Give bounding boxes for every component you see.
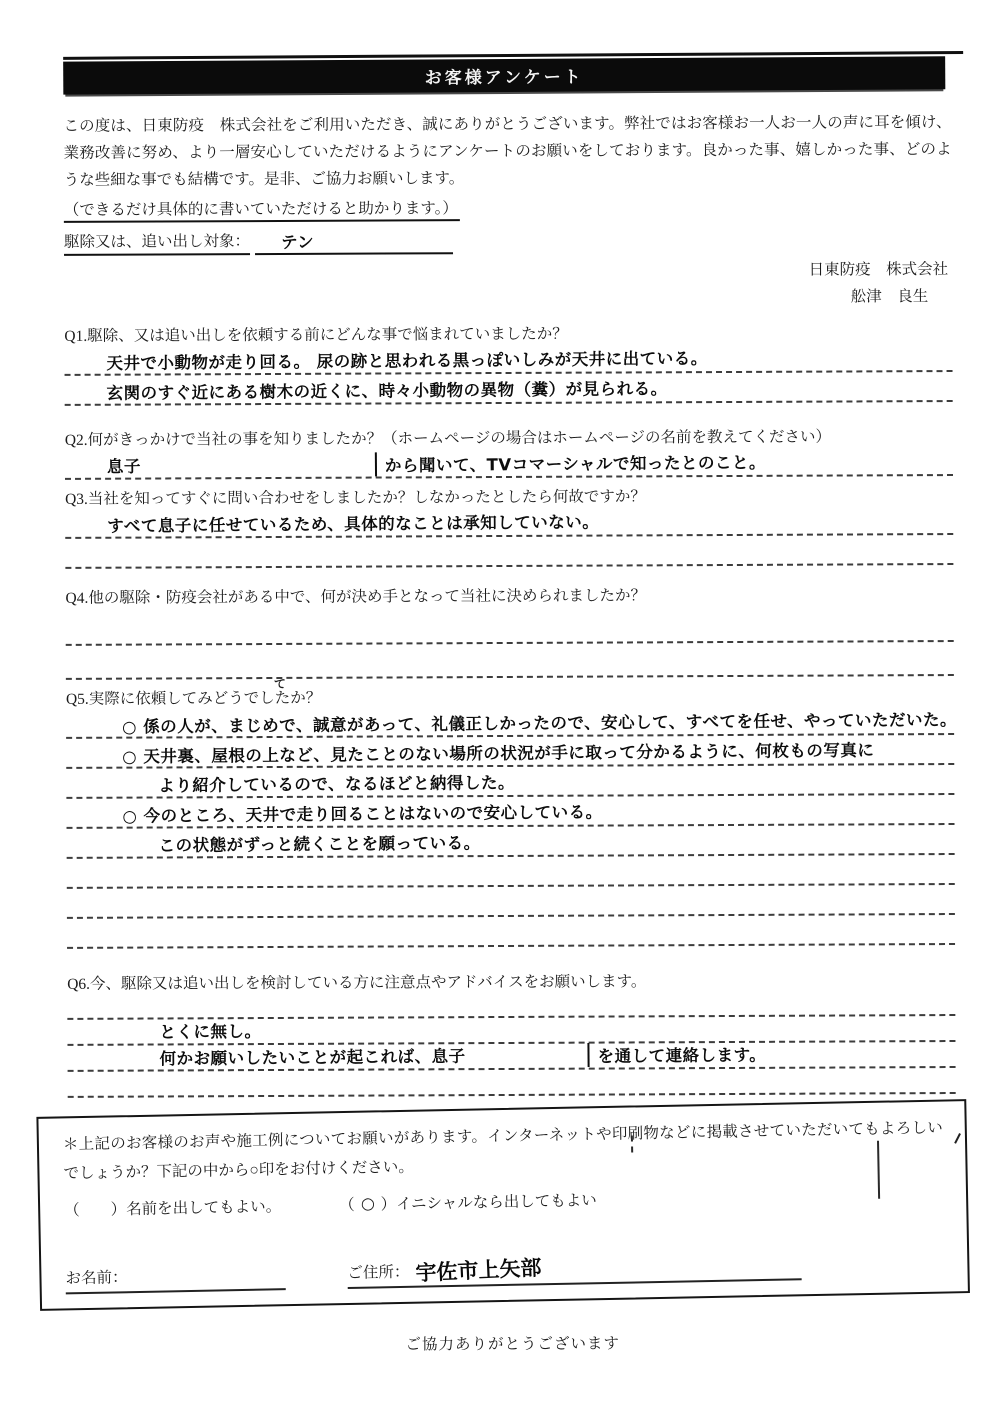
consent-option-name: （ ） 名前を出してもよい。	[64, 1194, 281, 1220]
consent-request-text: ＊上記のお客様のお声や施工例についてお願いがあります。インターネットや印刷物など…	[63, 1114, 944, 1190]
q3-answer-text: すべて息子に任せているため、具体的なことは承知していない。	[107, 509, 599, 537]
blank-answer-line	[67, 990, 955, 1020]
option1-label: 名前を出してもよい。	[126, 1194, 281, 1219]
blank-answer-line	[68, 1068, 956, 1098]
blank-answer-line	[65, 535, 953, 569]
blank-answer-line	[67, 885, 955, 919]
target-value-handwritten: テン	[281, 233, 314, 252]
q5-inserted-char: て	[274, 675, 286, 692]
staff-name: 舩津 良生	[64, 283, 928, 314]
target-answer-line: テン	[255, 228, 453, 255]
q5-bullet-2-continued: より紹介しているので、なるほどと納得した。	[158, 769, 515, 796]
blank-answer-line	[66, 604, 954, 646]
option2-label: イニシャルなら出してもよい	[396, 1188, 597, 1214]
address-value-handwritten: 宇佐市上矢部	[415, 1252, 542, 1288]
q5-bullet-2: ○ 天井裏、屋根の上など、見たことのない場所の状況が手に取って分かるように、何枚…	[122, 737, 874, 768]
name-field: お名前：	[65, 1262, 286, 1294]
name-label: お名前：	[65, 1265, 127, 1290]
target-label: 駆除又は、追い出し対象：	[64, 229, 250, 256]
intro-note: （できるだけ具体的に書いていただけると助かります。）	[64, 196, 460, 223]
q1-answer-line-1: 天井で小動物が走り回る。 尿の跡と思われる黒っぽいしみが天井に出ている。	[64, 342, 952, 376]
q5-answer-line-4: ○ 今のところ、天井で走り回ることはないので安心している。	[66, 795, 954, 829]
blank-answer-line	[67, 855, 955, 889]
option2-paren-open: （	[339, 1193, 355, 1215]
option1-parens: （ ）	[64, 1197, 126, 1220]
name-blank-line	[128, 1286, 286, 1289]
blank-answer-line	[66, 642, 954, 680]
target-row: 駆除又は、追い出し対象： テン	[64, 226, 952, 256]
address-line: 宇佐市上矢部	[410, 1276, 802, 1284]
q3-answer-line: すべて息子に任せているため、具体的なことは承知していない。	[65, 505, 953, 539]
handwritten-circle-mark: ○	[354, 1193, 380, 1213]
blank-answer-line	[67, 915, 955, 949]
q2-answer-left: 息子	[107, 451, 375, 477]
q2-answer-right: から聞いて、TVコマーシャルで知ったとのこと。	[375, 449, 766, 476]
company-block: 日東防疫 株式会社 舩津 良生	[64, 256, 948, 314]
q6-answer-text-1: とくに無し。	[159, 1018, 261, 1043]
q6-answer-left: 何かお願いしたいことが起これば、息子	[159, 1042, 587, 1070]
header: お客様アンケート	[63, 52, 951, 94]
q5-bullet-1: ○ 係の人が、まじめで、誠意があって、礼儀正しかったので、安心して、すべてを任せ…	[122, 706, 957, 737]
consent-options: （ ） 名前を出してもよい。 （ ○ ） イニシャルなら出してもよい	[64, 1182, 944, 1221]
page-title: お客様アンケート	[425, 62, 584, 88]
q5-bullet-3-continued: この状態がずっと続くことを願っている。	[158, 830, 480, 857]
q6-answer-right: を通して連絡します。	[587, 1042, 766, 1068]
q5-answer-line-5: この状態がずっと続くことを願っている。	[67, 825, 955, 859]
q5-label-part1: Q5.実際に依頼してみ	[66, 690, 213, 708]
scan-artifact-dashed-line	[631, 1136, 633, 1153]
company-name: 日東防疫 株式会社	[64, 256, 948, 287]
address-label: ご住所：	[347, 1260, 409, 1285]
q1-answer-line-2: 玄関のすぐ近にある樹木の近くに、時々小動物の異物（糞）が見られる。	[65, 372, 953, 406]
intro-paragraph: この度は、日東防疫 株式会社をご利用いただき、誠にありがとうございます。弊社では…	[63, 110, 951, 195]
consent-box: ＊上記のお客様のお声や施工例についてお願いがあります。インターネットや印刷物など…	[36, 1099, 970, 1311]
option2-paren-close: ）	[380, 1192, 396, 1214]
q5-bullet-3: ○ 今のところ、天井で走り回ることはないので安心している。	[122, 799, 602, 827]
q5-label-part2: どうでしたか？	[213, 690, 322, 707]
q1-answer-text-1: 天井で小動物が走り回る。 尿の跡と思われる黒っぽいしみが天井に出ている。	[106, 345, 707, 374]
q2-answer-line: 息子 から聞いて、TVコマーシャルで知ったとのこと。	[65, 446, 953, 480]
scan-artifact-tick	[948, 1130, 961, 1144]
consent-option-initial: （ ○ ） イニシャルなら出してもよい	[339, 1188, 597, 1215]
q1-answer-text-2: 玄関のすぐ近にある樹木の近くに、時々小動物の異物（糞）が見られる。	[107, 375, 668, 404]
survey-page: お客様アンケート この度は、日東防疫 株式会社をご利用いただき、誠にありがとうご…	[0, 0, 1000, 1415]
page-title-bar: お客様アンケート	[63, 56, 945, 94]
signature-row: お名前： ご住所： 宇佐市上矢部	[65, 1250, 945, 1295]
q5-answer-line-3: より紹介しているので、なるほどと納得した。	[66, 765, 954, 799]
q6-answer-line-2: 何かお願いしたいことが起これば、息子 を通して連絡します。	[67, 1042, 955, 1072]
q5-answer-line-1: ○ 係の人が、まじめで、誠意があって、礼儀正しかったので、安心して、すべてを任せ…	[66, 705, 954, 739]
address-field: ご住所： 宇佐市上矢部	[347, 1252, 801, 1289]
q5-answer-line-2: ○ 天井裏、屋根の上など、見たことのない場所の状況が手に取って分かるように、何枚…	[66, 735, 954, 769]
footer-thanks: ご協力ありがとうございます	[69, 1330, 957, 1356]
